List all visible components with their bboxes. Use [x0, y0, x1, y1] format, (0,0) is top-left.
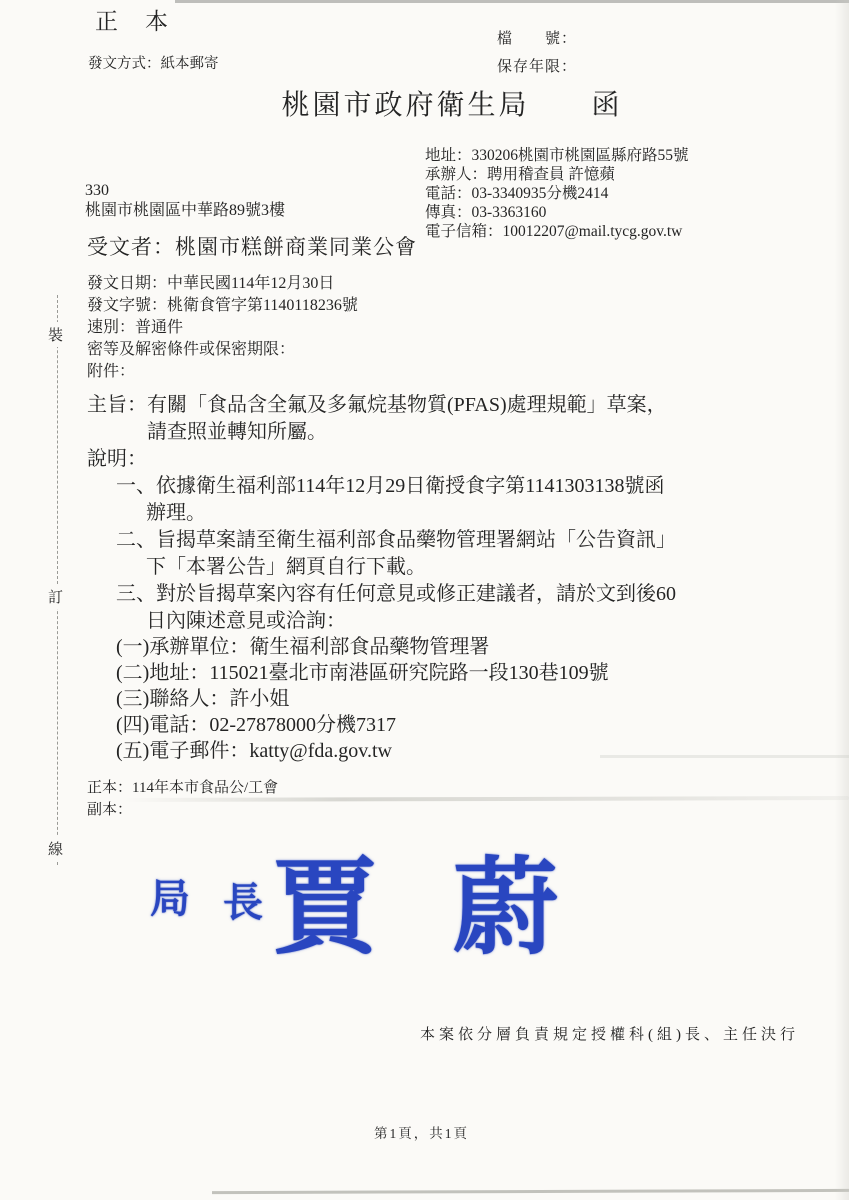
explanation-item-1-line-1: 一、依據衛生福利部114年12月29日衛授食字第1141303138號函: [116, 474, 665, 499]
document-title: 桃園市政府衛生局 函: [281, 88, 622, 123]
explanation-subitem-4: (四)電話：02-27878000分機7317: [116, 713, 396, 738]
sender-fax-line: 傳真：03-3363160: [425, 203, 689, 222]
explanation-item-2-line-1: 二、旨揭草案請至衛生福利部食品藥物管理署網站「公告資訊」: [116, 528, 676, 553]
copy-type-label: 正 本: [95, 8, 170, 37]
explanation-item-1-line-2: 辦理。: [146, 501, 206, 526]
subject-line-2: 請查照並轉知所屬。: [147, 420, 327, 445]
page-number: 第1頁，共1頁: [374, 1126, 469, 1143]
explanation-item-3-line-2: 日內陳述意見或洽詢：: [146, 609, 346, 634]
stamp-title-char-1: 局: [150, 879, 190, 919]
stamp-name-char-2: 蔚: [453, 856, 558, 961]
sender-address-line: 地址：330206桃園市桃園區縣府路55號: [425, 146, 689, 165]
authorization-note: 本案依分層負責規定授權科(組)長、主任決行: [420, 1026, 799, 1045]
retention-period-label: 保存年限：: [497, 58, 577, 77]
delivery-method-label: 發文方式：紙本郵寄: [88, 55, 219, 73]
binding-dotted-line: [57, 295, 58, 865]
scan-right-edge-shade: [835, 0, 849, 1200]
file-number-label: 檔 號：: [497, 30, 577, 49]
recipient-postal-code: 330: [85, 181, 109, 201]
subject-line-1: 主旨：有關「食品含全氟及多氟烷基物質(PFAS)處理規範」草案，: [87, 393, 667, 418]
scanned-official-letter: 裝 訂 線 正 本 發文方式：紙本郵寄 檔 號： 保存年限： 桃園市政府衛生局 …: [0, 0, 849, 1200]
recipient-line: 受文者：桃園市糕餅商業同業公會: [87, 234, 417, 260]
explanation-subitem-2: (二)地址：115021臺北市南港區研究院路一段130巷109號: [116, 661, 609, 686]
sender-info-block: 地址：330206桃園市桃園區縣府路55號 承辦人：聘用稽查員 許憶蘋 電話：0…: [425, 146, 689, 241]
explanation-subitem-5: (五)電子郵件：katty@fda.gov.tw: [116, 739, 392, 764]
sender-email-line: 電子信箱：10012207@mail.tycg.gov.tw: [425, 222, 689, 241]
binding-mark-ding: 訂: [48, 584, 63, 609]
scan-shadow-band-upper: [600, 755, 849, 758]
explanation-item-3-line-1: 三、對於旨揭草案內容有任何意見或修正建議者，請於文到後60: [116, 582, 676, 607]
attachment-line: 附件：: [87, 362, 135, 382]
sender-phone-line: 電話：03-3340935分機2414: [425, 184, 689, 203]
explanation-subitem-1: (一)承辦單位：衛生福利部食品藥物管理署: [116, 635, 489, 660]
sender-contact-line: 承辦人：聘用稽查員 許憶蘋: [425, 165, 689, 184]
explanation-label: 說明：: [87, 447, 147, 472]
scan-top-edge-artifact: [175, 0, 849, 3]
issue-date-line: 發文日期：中華民國114年12月30日: [87, 274, 334, 294]
original-copy-line: 正本：114年本市食品公/工會: [87, 779, 278, 798]
stamp-title-char-2: 長: [223, 883, 263, 923]
binding-mark-zhuang: 裝: [48, 322, 63, 347]
doc-number-line: 發文字號：桃衛食管字第1140118236號: [87, 296, 358, 316]
scan-bottom-edge-artifact: [212, 1189, 849, 1194]
speed-line: 速別：普通件: [87, 318, 183, 338]
security-line: 密等及解密條件或保密期限：: [87, 340, 295, 360]
stamp-name-char-1: 賈: [272, 856, 377, 961]
recipient-address: 桃園市桃園區中華路89號3樓: [85, 201, 285, 221]
cc-copy-line: 副本：: [87, 801, 132, 820]
binding-mark-xian: 線: [48, 836, 63, 861]
explanation-item-2-line-2: 下「本署公告」網頁自行下載。: [146, 555, 426, 580]
explanation-subitem-3: (三)聯絡人：許小姐: [116, 687, 289, 712]
